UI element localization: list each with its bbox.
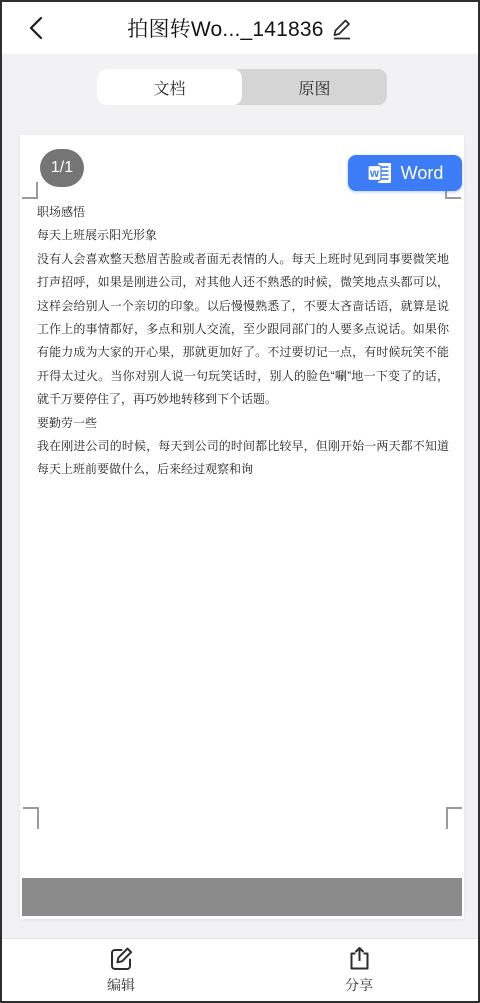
edit-compose-icon — [108, 945, 135, 972]
svg-text:w: w — [369, 168, 379, 180]
share-label: 分享 — [345, 975, 373, 995]
edit-label: 编辑 — [107, 975, 135, 995]
document-preview-card: 1/1 w Word 职场感悟 每天上班展示阳光形象 没有人会喜欢整天愁眉苦脸或… — [20, 135, 464, 919]
page-title: 拍图转Wo..._141836 — [127, 13, 323, 43]
chevron-left-icon — [27, 15, 45, 41]
word-button-label: Word — [401, 163, 444, 184]
doc-heading-1: 每天上班展示阳光形象 — [37, 224, 449, 247]
recognized-document-text: 职场感悟 每天上班展示阳光形象 没有人会喜欢整天愁眉苦脸或者面无表情的人。每天上… — [37, 201, 449, 482]
export-word-button[interactable]: w Word — [348, 155, 462, 191]
doc-paragraph-1: 没有人会喜欢整天愁眉苦脸或者面无表情的人。每天上班时见到同事要微笑地打声招呼，如… — [37, 248, 449, 412]
tab-original-image[interactable]: 原图 — [242, 69, 387, 105]
header-bar: 拍图转Wo..._141836 — [2, 2, 478, 54]
doc-heading-2: 要勤劳一些 — [37, 412, 449, 435]
crop-corner-bottom-left — [23, 807, 39, 829]
page-indicator-badge: 1/1 — [40, 149, 84, 187]
doc-paragraph-2: 我在刚进公司的时候，每天到公司的时间都比较早，但刚开始一两天都不知道每天上班前要… — [37, 435, 449, 482]
doc-title: 职场感悟 — [37, 201, 449, 224]
scan-bottom-strip — [22, 878, 462, 916]
share-icon — [346, 945, 373, 972]
edit-button[interactable]: 编辑 — [2, 939, 240, 1001]
crop-corner-top-left — [22, 182, 38, 199]
bottom-toolbar: 编辑 分享 — [2, 938, 478, 1001]
back-button[interactable] — [20, 12, 52, 44]
tab-document[interactable]: 文档 — [97, 69, 242, 105]
crop-corner-bottom-right — [446, 807, 462, 829]
share-button[interactable]: 分享 — [240, 939, 478, 1001]
view-switcher: 文档 原图 — [97, 69, 387, 105]
word-file-icon: w — [367, 162, 393, 184]
rename-button[interactable] — [331, 16, 353, 40]
pencil-icon — [331, 16, 353, 40]
